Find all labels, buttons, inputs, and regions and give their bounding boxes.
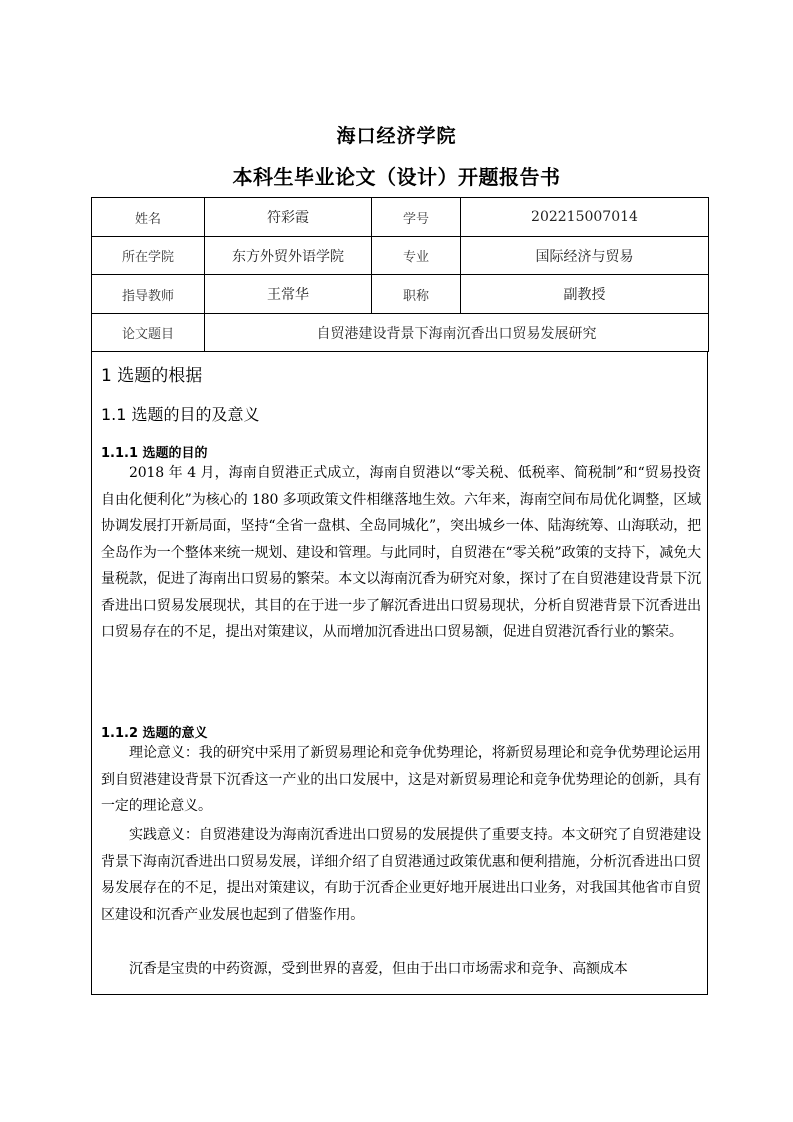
name-label: 姓名: [92, 198, 205, 237]
proposal-body: 1 选题的根据 1.1 选题的目的及意义 1.1.1 选题的目的 2018 年 …: [91, 351, 708, 995]
table-row: 姓名 符彩霞 学号 202215007014: [92, 198, 709, 237]
info-table: 姓名 符彩霞 学号 202215007014 所在学院 东方外贸外语学院 专业 …: [91, 197, 709, 352]
table-row: 论文题目 自贸港建设背景下海南沉香出口贸易发展研究: [92, 314, 709, 352]
college-value: 东方外贸外语学院: [205, 237, 372, 275]
school-name: 海口经济学院: [0, 121, 793, 148]
section-heading-1-1-1: 1.1.1 选题的目的: [101, 442, 208, 461]
thesis-title-label: 论文题目: [92, 314, 205, 352]
student-id-value: 202215007014: [461, 198, 709, 237]
title-rank-label: 职称: [372, 275, 461, 314]
name-value: 符彩霞: [205, 198, 372, 237]
student-id-label: 学号: [372, 198, 461, 237]
purpose-paragraph: 2018 年 4 月，海南自贸港正式成立，海南自贸港以“零关税、低税率、简税制”…: [101, 460, 701, 646]
advisor-label: 指导教师: [92, 275, 205, 314]
practice-significance-paragraph: 实践意义：自贸港建设为海南沉香进出口贸易的发展提供了重要支持。本文研究了自贸港建…: [101, 822, 701, 928]
section-heading-1-1-2: 1.1.2 选题的意义: [101, 722, 208, 741]
table-row: 所在学院 东方外贸外语学院 专业 国际经济与贸易: [92, 237, 709, 275]
title-rank-value: 副教授: [461, 275, 709, 314]
thesis-title-value: 自贸港建设背景下海南沉香出口贸易发展研究: [205, 314, 709, 352]
advisor-value: 王常华: [205, 275, 372, 314]
document-title: 本科生毕业论文（设计）开题报告书: [0, 161, 793, 190]
college-label: 所在学院: [92, 237, 205, 275]
theory-significance-paragraph: 理论意义：我的研究中采用了新贸易理论和竞争优势理论，将新贸易理论和竞争优势理论运…: [101, 740, 701, 820]
major-value: 国际经济与贸易: [461, 237, 709, 275]
table-row: 指导教师 王常华 职称 副教授: [92, 275, 709, 314]
section-heading-1-1: 1.1 选题的目的及意义: [101, 402, 260, 425]
agarwood-paragraph: 沉香是宝贵的中药资源，受到世界的喜爱，但由于出口市场需求和竞争、高额成本: [101, 956, 701, 983]
major-label: 专业: [372, 237, 461, 275]
section-heading-1: 1 选题的根据: [101, 361, 202, 386]
